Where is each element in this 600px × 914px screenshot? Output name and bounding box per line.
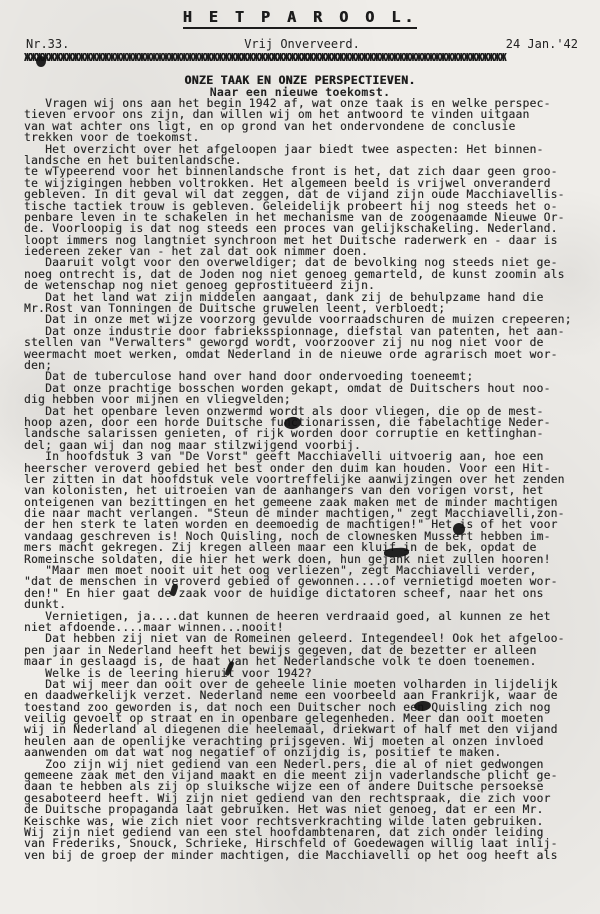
masthead-title: H E T P A R O O L. bbox=[183, 8, 418, 29]
motto: Vrij Onverveerd. bbox=[26, 37, 578, 51]
text-line: trekken voor de toekomst. bbox=[24, 132, 594, 143]
ink-blot bbox=[453, 523, 465, 535]
text-line: mers macht gekregen. Zij kregen alleen m… bbox=[24, 542, 594, 553]
ink-blot bbox=[36, 56, 46, 67]
newspaper-page: H E T P A R O O L. Nr.33. Vrij Onverveer… bbox=[0, 0, 600, 914]
text-line: dunkt. bbox=[24, 599, 594, 610]
text-line: landsche salarissen genieten, of rijk wo… bbox=[24, 428, 594, 439]
issue-number: Nr.33. bbox=[26, 37, 69, 51]
issue-date: 24 Jan.'42 bbox=[506, 37, 578, 51]
text-line: ven bij de groep der minder machtigen, d… bbox=[24, 850, 594, 861]
text-line: In hoofdstuk 3 van "De Vorst" geeft Macc… bbox=[24, 451, 594, 462]
text-line: de Duitsche propaganda laat gebruiken. H… bbox=[24, 804, 594, 815]
text-line: gebleven. In dit geval wil dat zeggen, d… bbox=[24, 189, 594, 200]
text-line: maar in geslaagd is, de haat van het Ned… bbox=[24, 656, 594, 667]
text-line: de. Voorloopig is dat nog steeds een pro… bbox=[24, 223, 594, 234]
text-line: dig hebben voor mijnen en vliegvelden; bbox=[24, 394, 594, 405]
text-line: weermacht moet werken, omdat Nederland i… bbox=[24, 349, 594, 360]
text-line: de wetenschap nog niet genoeg geprostitu… bbox=[24, 280, 594, 291]
article-body: Vragen wij ons aan het begin 1942 af, wa… bbox=[24, 98, 594, 861]
subhead-row: Nr.33. Vrij Onverveerd. 24 Jan.'42 bbox=[26, 37, 578, 51]
text-line: stellen van "Verwalters" geworgd wordt, … bbox=[24, 337, 594, 348]
text-line: aanwenden om dat wat nog negatief of onz… bbox=[24, 747, 594, 758]
divider-strikes: ЖЖЖЖЖЖЖЖЖЖЖЖЖЖЖЖЖЖЖЖЖЖЖЖЖЖЖЖЖЖЖЖЖЖЖЖЖЖЖЖ… bbox=[24, 51, 578, 67]
masthead: H E T P A R O O L. bbox=[0, 8, 600, 26]
text-line: en daadwerkelijk verzet. Nederland neme … bbox=[24, 690, 594, 701]
text-line: van kolonisten, het uitroeien van de aan… bbox=[24, 485, 594, 496]
text-line: den!" En hier gaat de zaak voor de huidi… bbox=[24, 588, 594, 599]
